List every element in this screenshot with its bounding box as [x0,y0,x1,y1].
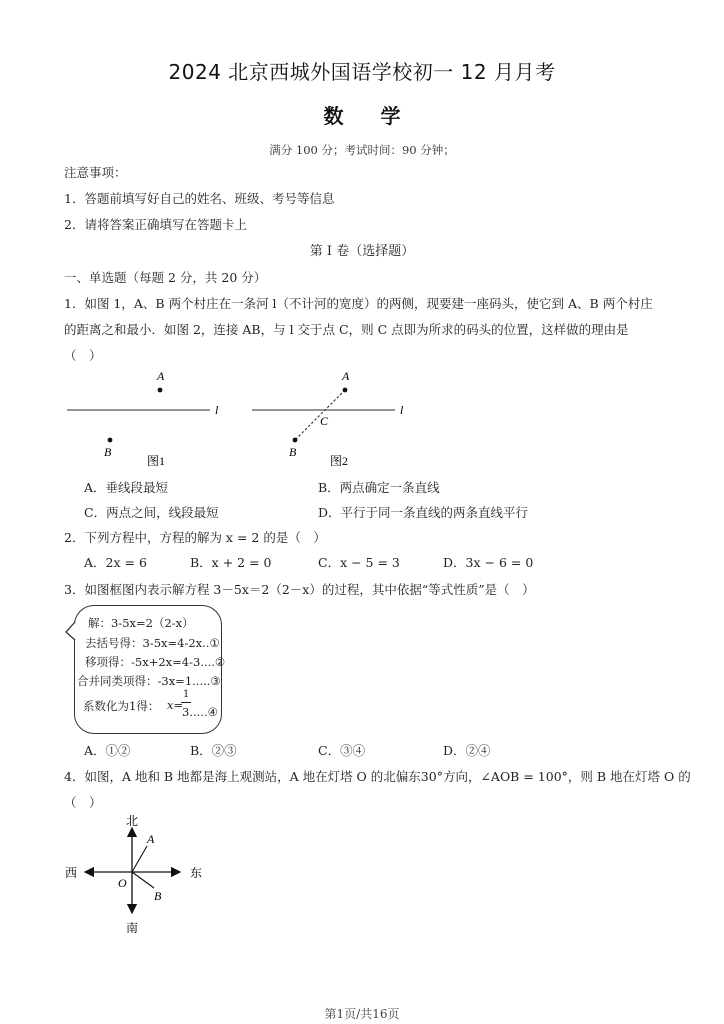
question-3-option-d[interactable]: D．②④ [443,741,491,759]
question-1-option-a[interactable]: A．垂线段最短 [84,478,168,496]
fig2-caption: 图2 [330,454,348,468]
question-4-answer-blank: （ ） [64,793,102,811]
fig2-point-c: C [320,414,329,428]
notice-item-1: 1．答题前填写好自己的姓名、班级、考号等信息 [64,189,334,207]
fig1-line-label: l [215,403,219,417]
solution-line-1: 解：3-5x=2（2-x） [88,615,194,631]
solution-line-5-lhs: x= [167,698,183,712]
fig1-caption: 图1 [147,454,165,468]
solution-line-4: 合并同类项得：-3x=1.....③ [77,673,221,689]
question-number: 3． [64,582,84,597]
label-west: 西 [65,866,77,880]
question-1-line-2: 的距离之和最小．如图 2，连接 AB，与 l 交于点 C，则 C 点即为所求的码… [64,320,629,338]
question-4-line-1: 4．如图，A 地和 B 地都是海上观测站，A 地在灯塔 O 的北偏东30°方向，… [64,767,691,785]
question-3-option-b[interactable]: B．②③ [190,741,237,759]
question-1-option-d[interactable]: D．平行于同一条直线的两条直线平行 [318,503,528,521]
fig2-point-b: B [289,445,297,459]
question-1-line-1: 1．如图 1，A、B 两个村庄在一条河 l（不计河的宽度）的两侧，现要建一座码头… [64,294,653,312]
ray-oa [132,846,147,872]
solution-box: 解：3-5x=2（2-x） 去括号得：3-5x=4-2x..① 移项得：-5x+… [74,605,222,734]
volume-title: 第 I 卷（选择题） [0,240,724,259]
exam-meta: 满分 100 分；考试时间：90 分钟； [0,142,724,158]
fig2-line-label: l [400,403,404,417]
label-point-a: A [146,832,155,846]
exam-title: 2024 北京西城外国语学校初一 12 月月考 [0,56,724,85]
notice-item-2: 2．请将答案正确填写在答题卡上 [64,215,247,233]
fig1-point-a: A [156,369,165,383]
subject-title: 数 学 [0,100,724,129]
question-3-option-a[interactable]: A．①② [84,741,131,759]
solution-line-3: 移项得：-5x+2x=4-3....② [85,654,225,670]
label-origin: O [118,876,127,890]
question-2-option-b[interactable]: B．x + 2 = 0 [190,553,271,571]
step-4-marker: .....④ [189,705,218,719]
question-2-option-c[interactable]: C．x − 5 = 3 [318,553,400,571]
fraction-numerator: 1 [183,689,189,700]
question-2-option-a[interactable]: A．2x = 6 [84,553,147,571]
fraction-bar [181,702,191,703]
solution-line-5: 系数化为1得： [83,698,159,714]
fig2-point-a: A [341,369,350,383]
label-east: 东 [190,866,202,880]
label-point-b: B [154,889,162,903]
notice-heading: 注意事项： [64,163,127,181]
question-text: 如图，A 地和 B 地都是海上观测站，A 地在灯塔 O 的北偏东30°方向，∠A… [84,769,690,784]
fig1-point-b: B [104,445,112,459]
question-2-option-d[interactable]: D．3x − 6 = 0 [443,553,533,571]
question-number: 4． [64,769,84,784]
label-south: 南 [126,920,138,935]
question-text: 下列方程中，方程的解为 x = 2 的是（ ） [84,530,325,545]
solution-line-5-prefix: 系数化为1得： [83,699,159,713]
label-north: 北 [126,814,138,828]
question-number: 1． [64,296,84,311]
question-number: 2． [64,530,84,545]
question-1-option-b[interactable]: B．两点确定一条直线 [318,478,440,496]
question-3-line: 3．如图框图内表示解方程 3－5x＝2（2－x）的过程，其中依据“等式性质”是（… [64,580,535,598]
compass-figure: 北 南 东 西 O A B [60,810,210,935]
fraction-denominator: 3.....④ [182,705,218,719]
ray-ob [132,872,154,888]
question-1-figures: A l B 图1 A l C B 图2 [55,360,415,470]
question-3-option-c[interactable]: C．③④ [318,741,365,759]
section-title: 一、单选题（每题 2 分，共 20 分） [64,268,266,286]
bubble-tail [64,620,78,644]
figure-1 [67,388,210,443]
page-number: 第1页/共16页 [0,1005,724,1022]
question-2-line: 2．下列方程中，方程的解为 x = 2 的是（ ） [64,528,326,546]
question-text: 如图框图内表示解方程 3－5x＝2（2－x）的过程，其中依据“等式性质”是（ ） [84,582,534,597]
solution-line-2: 去括号得：3-5x=4-2x..① [85,635,220,651]
question-text: 如图 1，A、B 两个村庄在一条河 l（不计河的宽度）的两侧，现要建一座码头，使… [84,296,652,311]
question-1-option-c[interactable]: C．两点之间，线段最短 [84,503,219,521]
